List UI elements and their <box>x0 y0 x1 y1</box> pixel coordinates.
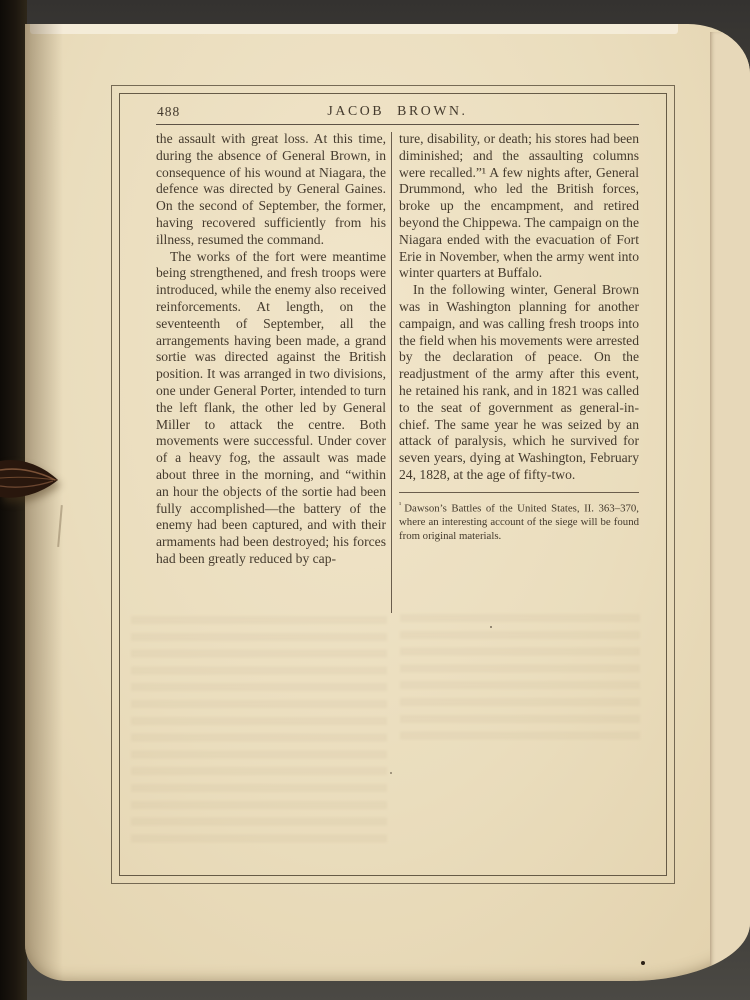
paragraph: ture, disability, or death; his stores h… <box>399 131 639 282</box>
paragraph: In the following winter, General Brown w… <box>399 282 639 484</box>
header-rule <box>156 124 639 125</box>
footnote-marker: ¹ <box>399 500 401 509</box>
footnote: ¹Dawson’s Battles of the United States, … <box>399 498 639 544</box>
dust-speck <box>490 626 492 628</box>
show-through-right <box>400 614 640 746</box>
dust-speck <box>390 772 392 774</box>
text-column-right: ture, disability, or death; his stores h… <box>399 131 639 544</box>
footnote-rule <box>399 492 639 493</box>
bookmark-ribbon <box>0 452 64 508</box>
show-through-left <box>131 616 387 848</box>
dust-speck <box>641 961 645 965</box>
column-divider <box>391 132 392 613</box>
book-page <box>25 24 750 981</box>
running-header: JACOB BROWN. <box>156 103 639 119</box>
page-top-edge <box>30 24 678 34</box>
fore-edge-pages <box>710 32 750 976</box>
paragraph: The works of the fort were meantime bein… <box>156 249 386 568</box>
footnote-text: Dawson’s Battles of the United States, I… <box>399 502 639 542</box>
text-column-left: the assault with great loss. At this tim… <box>156 131 386 568</box>
paragraph: the assault with great loss. At this tim… <box>156 131 386 249</box>
